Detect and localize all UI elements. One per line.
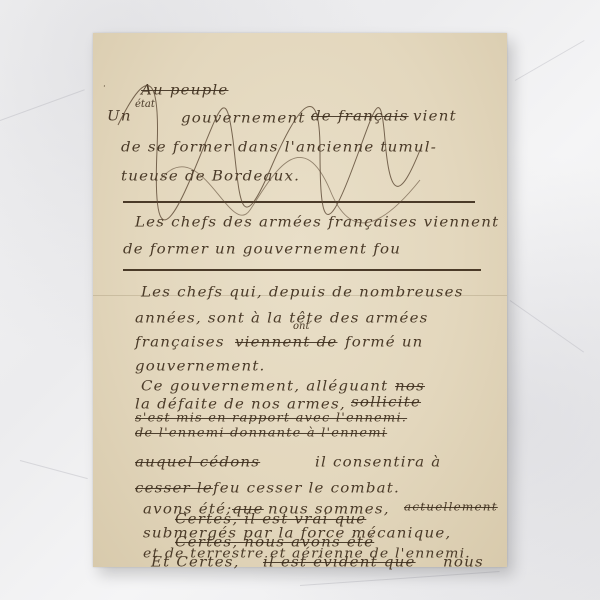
deletion-loop-strokes (0, 0, 600, 600)
